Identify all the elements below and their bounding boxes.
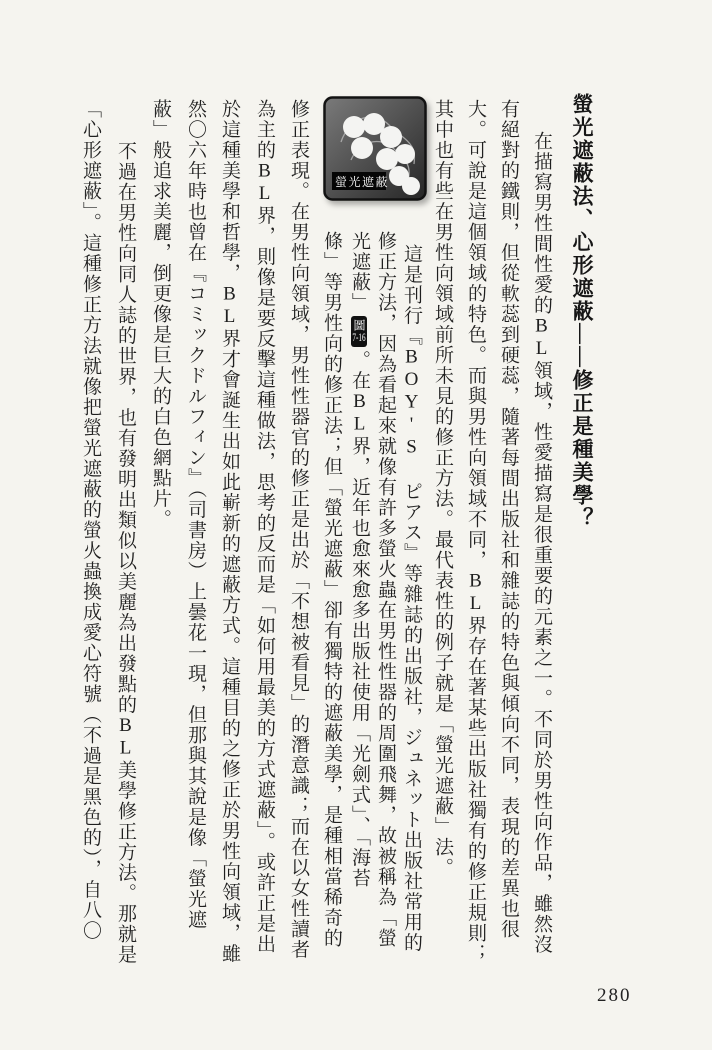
page-number: 280 — [597, 985, 632, 1007]
body-column-3: 大。可說是這個領域的特色。而與男性向領域不同，BL界存在著某些出版社獨有的修正規… — [464, 99, 486, 964]
page-title: 螢光遮蔽法、心形遮蔽——修正是種美學？ — [567, 93, 597, 530]
body-column-10: 為主的BL界，則像是要反擊這種做法，思考的反而是「如何用最美的方式遮蔽」。或許正… — [253, 99, 275, 955]
column-7-post: 。在BL界，近年也愈來愈多出版社使用「光劍式」、「海苔 — [349, 350, 370, 889]
figure-illustration: 螢光遮蔽 — [323, 96, 427, 201]
body-column-9: 修正表現。在男性向領域，男性性器官的修正是出於「不想被看見」的潛意識；而在以女性… — [287, 99, 309, 960]
figure-reference: 圖7-16 — [351, 316, 367, 347]
body-column-5: 這是刊行『BOY'S ピアス』等雜誌的出版社，ジュネット出版社常用的 — [400, 244, 422, 953]
body-column-7: 光遮蔽」圖7-16。在BL界，近年也愈來愈多出版社使用「光劍式」、「海苔 — [348, 231, 370, 889]
body-column-8: 條」等男性向的修正法；但「螢光遮蔽」卻有獨特的遮蔽美學，是種相當稀奇的 — [320, 231, 342, 949]
body-column-1: 在描寫男性間性愛的BL領域，性愛描寫是很重要的元素之一。不同於男性向作品，雖然沒 — [530, 131, 552, 955]
figure-reference-char: 圖 — [352, 319, 366, 331]
figure-label: 螢光遮蔽 — [335, 174, 389, 189]
figure-box: 螢光遮蔽 — [323, 96, 427, 201]
body-column-11: 於這種美學和哲學，BL界才會誕生出如此嶄新的遮蔽方式。這種目的之修正於男性向領域… — [218, 99, 240, 964]
figure-reference-number: 7-16 — [352, 331, 366, 343]
book-page: 螢光遮蔽法、心形遮蔽——修正是種美學？ 在描寫男性間性愛的BL領域，性愛描寫是很… — [0, 0, 712, 1050]
column-7-pre: 光遮蔽」 — [349, 231, 370, 313]
body-column-13: 蔽」般追求美麗，倒更像是巨大的白色網點片。 — [149, 99, 171, 530]
body-column-15: 「心形遮蔽」。這種修正方法就像把螢光遮蔽的螢火蟲換成愛心符號（不過是黑色的），自… — [79, 99, 101, 941]
body-column-14: 不過在男性向同人誌的世界，也有發明出類似以美麗為出發點的BL美學修正方法。那就是 — [114, 141, 136, 965]
body-column-2: 有絕對的鐵則，但從軟蕊到硬蕊，隨著每間出版社和雜誌的特色與傾向不同，表現的差異也… — [497, 99, 519, 940]
body-column-4: 其中也有些在男性向領域前所未見的修正方法。最代表性的例子就是「螢光遮蔽」法。 — [431, 99, 453, 878]
body-column-6: 修正方法，因為看起來就像有許多螢火蟲在男性性器的周圍飛舞，故被稱為「螢 — [374, 231, 396, 949]
body-column-12: 然〇六年時也曾在『コミックドルフィン』（司書房）上曇花一現，但那與其說是像「螢光… — [184, 99, 206, 930]
